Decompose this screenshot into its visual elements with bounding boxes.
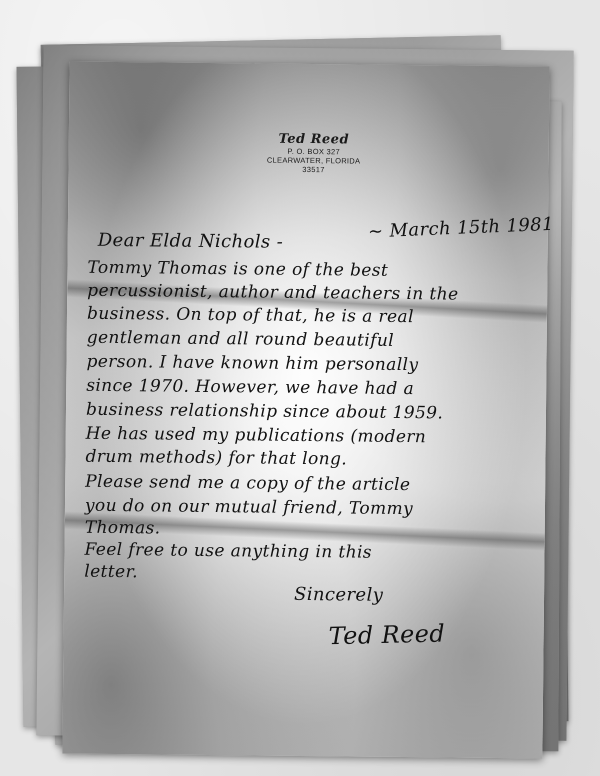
body-line: Thomas. — [85, 518, 161, 539]
body-line: you do on our mutual friend, Tommy — [85, 496, 413, 519]
body-line: He has used my publications (modern — [86, 424, 427, 448]
letter-page: Ted Reed P. O. BOX 327 CLEARWATER, FLORI… — [62, 62, 549, 759]
body-line: percussionist, author and teachers in th… — [87, 281, 458, 305]
body-line: drum methods) for that long. — [85, 447, 347, 470]
body-line: business relationship since about 1959. — [86, 400, 443, 424]
body-line: business. On top of that, he is a real — [87, 304, 414, 327]
body-line: person. I have known him personally — [86, 352, 418, 375]
letter-signature: Ted Reed — [328, 619, 445, 650]
body-line: Feel free to use anything in this — [84, 540, 372, 563]
body-line: since 1970. However, we have had a — [86, 376, 414, 399]
letterhead-zip: 33517 — [258, 164, 368, 174]
body-line: Tommy Thomas is one of the best — [87, 258, 388, 281]
body-line: Please send me a copy of the article — [85, 472, 410, 495]
body-line: gentleman and all round beautiful — [87, 328, 395, 351]
letter-salutation: Dear Elda Nichols - — [98, 230, 284, 253]
letterhead-name: Ted Reed — [259, 131, 369, 147]
body-line: letter. — [84, 562, 138, 583]
letterhead: Ted Reed P. O. BOX 327 CLEARWATER, FLORI… — [258, 131, 368, 174]
letter-closing: Sincerely — [294, 584, 383, 606]
letter-date: ~ March 15th 1981 — [368, 214, 555, 243]
